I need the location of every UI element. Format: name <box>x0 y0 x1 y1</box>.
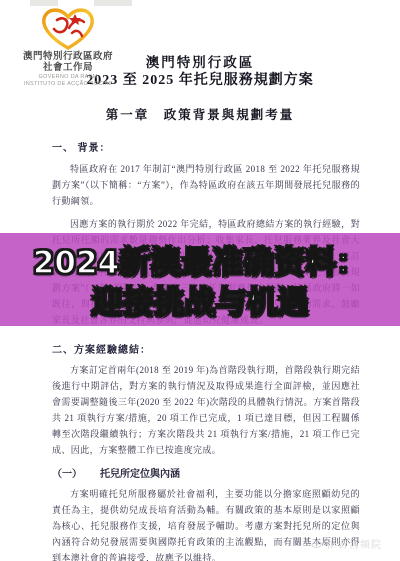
document-body: 一、 背景： 特區政府在 2017 年制訂“澳門特別行政區 2018 至 202… <box>52 139 360 561</box>
sub1-title: 托兒所定位與內涵 <box>100 469 180 480</box>
section1-paragraph1: 特區政府在 2017 年制訂“澳門特別行政區 2018 至 2022 年托兒服務… <box>52 161 360 209</box>
document-page: 澳門特別行政區政府 社會工作局 GOVERNO DA RAEM INSTITUT… <box>0 0 400 561</box>
agency-logo-block: 澳門特別行政區政府 社會工作局 GOVERNO DA RAEM INSTITUT… <box>16 6 120 88</box>
section2-sub1-heading: （一）托兒所定位與內涵 <box>52 465 360 480</box>
sub1-number: （一） <box>52 469 82 480</box>
org-name-cn-line1: 澳門特別行政區政府 <box>16 52 120 63</box>
watermark-text: 汇音齿频院 <box>327 536 382 551</box>
org-name-pt-line2: INSTITUTO DE ACÇÃO SOCIAL <box>16 81 120 88</box>
promo-caption-line2: 迎接挑战与机遇 <box>0 283 400 323</box>
promo-caption: 2024新澳最准确资料： 迎接挑战与机遇 <box>0 243 400 323</box>
org-name-pt-line1: GOVERNO DA RAEM <box>16 74 120 81</box>
org-name-cn-line2: 社會工作局 <box>16 63 120 74</box>
section1-heading: 一、 背景： <box>52 139 360 154</box>
promo-caption-line1: 2024新澳最准确资料： <box>0 243 400 283</box>
section2-paragraph1: 方案訂定首兩年(2018 至 2019 年)為首階段執行期，首階段執行期完結後進… <box>52 362 360 458</box>
chapter-heading: 第一章 政策背景與規劃考量 <box>0 105 400 123</box>
watermark: 汇音齿频院 <box>311 536 382 551</box>
heart-logo-icon <box>39 6 97 52</box>
section2-heading: 二、方案經驗總結： <box>52 341 360 356</box>
watermark-eye-icon <box>311 538 324 549</box>
